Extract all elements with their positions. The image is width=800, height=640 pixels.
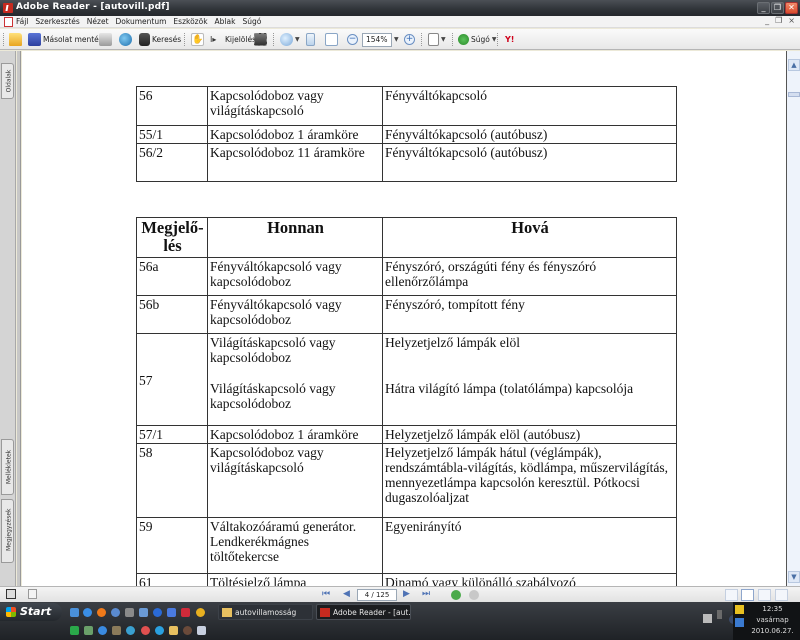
app-icon[interactable] [112, 626, 121, 635]
table-row: 56a Fényváltókapcsoló vagy kapcsolódoboz… [137, 258, 677, 296]
table-header-row: Megjelő-lés Honnan Hová [137, 218, 677, 258]
table-row: 58 Kapcsolódoboz vagy világításkapcsoló … [137, 444, 677, 518]
table-row: 59 Váltakozóáramú generátor. Lendkerékmá… [137, 518, 677, 574]
document-icon[interactable] [4, 17, 13, 27]
help-icon [458, 34, 469, 45]
gmail-icon[interactable] [181, 608, 190, 617]
save-copy-label: Másolat mentése [43, 35, 107, 44]
app-icon[interactable] [141, 626, 150, 635]
select-label: Kijelölés [225, 35, 256, 44]
app-icon[interactable] [126, 626, 135, 635]
folder-icon[interactable] [169, 626, 178, 635]
zoom-dropdown-icon[interactable]: ▼ [394, 36, 399, 43]
app-icon[interactable] [125, 608, 134, 617]
clock-date: 2010.06.27. [733, 626, 800, 637]
table-row: 55/1 Kapcsolódoboz 1 áramköre Fényváltók… [137, 126, 677, 144]
go-back-icon[interactable] [451, 590, 461, 600]
table-row: 61 Töltésjelző lámpa Dinamó vagy különál… [137, 574, 677, 587]
menu-document[interactable]: Dokumentum [116, 17, 167, 26]
adobe-reader-icon [320, 608, 330, 617]
scroll-up-arrow[interactable]: ▲ [788, 59, 800, 71]
app-icon[interactable] [84, 626, 93, 635]
menu-view[interactable]: Nézet [87, 17, 109, 26]
start-button[interactable]: Start [0, 603, 62, 621]
app-icon[interactable] [98, 626, 107, 635]
next-page-button[interactable]: ▶ [403, 589, 410, 599]
calculator-icon[interactable] [197, 626, 206, 635]
tab-pages[interactable]: Oldalak [1, 63, 14, 99]
menu-window[interactable]: Ablak [215, 17, 236, 26]
taskbar-button-folder[interactable]: autovillamosság [218, 604, 313, 620]
facing-view-button[interactable] [758, 589, 771, 601]
restore-button[interactable]: ❐ [771, 2, 784, 14]
firefox-icon[interactable] [97, 608, 106, 617]
single-page-view-button[interactable] [725, 589, 738, 601]
pages-icon [428, 33, 439, 46]
header-to: Hová [383, 218, 677, 258]
skype-icon[interactable] [155, 626, 164, 635]
continuous-facing-view-button[interactable] [775, 589, 788, 601]
network-icon[interactable] [735, 618, 744, 627]
system-clock[interactable]: 12:35 vasárnap 2010.06.27. [733, 602, 800, 640]
page-display-button[interactable]: ▼ [428, 32, 446, 47]
network-tray-icon[interactable] [717, 610, 722, 619]
fit-page-icon[interactable] [306, 33, 315, 46]
save-icon[interactable] [167, 608, 176, 617]
menu-tools[interactable]: Eszközök [173, 17, 207, 26]
yahoo-toolbar-button[interactable]: Y! [505, 35, 514, 44]
text-select-icon [210, 33, 223, 46]
page-icon[interactable] [28, 589, 37, 599]
zoom-level-input[interactable]: 154% [362, 33, 392, 47]
doc-close-button[interactable]: × [788, 16, 795, 25]
internet-explorer-icon[interactable] [83, 608, 92, 617]
save-copy-button[interactable]: Másolat mentése [28, 32, 107, 47]
zoom-in-plus-icon[interactable]: + [404, 34, 415, 45]
save-icon [28, 33, 41, 46]
vertical-scrollbar[interactable]: ▲ ▼ [786, 51, 800, 586]
tab-attachments[interactable]: Mellékletek [1, 439, 14, 495]
table-row: 56b Fényváltókapcsoló vagy kapcsolódoboz… [137, 296, 677, 334]
app-icon[interactable] [153, 608, 162, 617]
table-row: 56/2 Kapcsolódoboz 11 áramköre Fényváltó… [137, 144, 677, 182]
quicklaunch-icon[interactable] [70, 608, 79, 617]
menu-edit[interactable]: Szerkesztés [35, 17, 79, 26]
first-page-button[interactable]: ⏮ [322, 589, 330, 599]
app-icon[interactable] [70, 626, 79, 635]
app-icon[interactable] [183, 626, 192, 635]
minimize-button[interactable]: _ [757, 2, 770, 14]
scroll-down-arrow[interactable]: ▼ [788, 571, 800, 583]
status-bar: ⏮ ◀ 4 / 125 ▶ ⏭ [0, 586, 800, 602]
header-code: Megjelő-lés [137, 218, 208, 258]
connection-table-2: Megjelő-lés Honnan Hová 56a Fényváltókap… [136, 217, 677, 586]
taskbar: Start autovillamosság Adobe Reader - [au… [0, 602, 800, 640]
zoom-out-icon[interactable]: − [347, 34, 358, 45]
menu-file[interactable]: Fájl [16, 17, 28, 26]
chevron-down-icon: ▼ [295, 36, 300, 43]
binoculars-icon [139, 33, 150, 46]
menu-bar: Fájl Szerkesztés Nézet Dokumentum Eszköz… [0, 16, 800, 28]
table-row: 57 Világításkapcsoló vagy kapcsolódoboz … [137, 334, 677, 426]
panel-splitter[interactable] [17, 51, 21, 586]
close-button[interactable]: ✕ [785, 2, 798, 14]
zoom-tool-button[interactable]: ▼ [280, 32, 300, 47]
chevron-down-icon: ▼ [441, 36, 446, 43]
adobe-reader-icon [3, 3, 13, 13]
zoom-in-icon [280, 33, 293, 46]
hand-icon[interactable] [191, 33, 204, 46]
email-icon[interactable] [119, 33, 132, 46]
camera-icon[interactable] [254, 33, 267, 46]
taskbar-button-adobe-reader[interactable]: Adobe Reader - [aut... [316, 604, 411, 620]
search-label: Keresés [152, 35, 181, 44]
title-bar: Adobe Reader - [autovill.pdf] _ ❐ ✕ [0, 0, 800, 16]
doc-restore-button[interactable]: ❐ [775, 16, 782, 25]
doc-minimize-button[interactable]: _ [765, 16, 769, 25]
previous-page-button[interactable]: ◀ [343, 589, 350, 599]
continuous-view-button[interactable] [741, 589, 754, 601]
help-button[interactable]: Súgó ▼ [458, 32, 497, 47]
tab-comments[interactable]: Megjegyzések [1, 499, 14, 563]
chevron-down-icon: ▼ [492, 36, 497, 43]
screen-icon[interactable] [6, 589, 16, 599]
scroll-thumb[interactable] [788, 92, 800, 97]
search-button[interactable]: Keresés [139, 32, 181, 47]
go-forward-icon[interactable] [469, 590, 479, 600]
select-tool-button[interactable]: Kijelölés [210, 32, 256, 47]
table-row: 56 Kapcsolódoboz vagy világításkapcsoló … [137, 87, 677, 126]
app-icon[interactable] [196, 608, 205, 617]
fit-width-icon[interactable] [325, 33, 338, 46]
windows-logo-icon [6, 607, 16, 617]
folder-open-icon[interactable] [9, 33, 22, 46]
table-row: 57/1 Kapcsolódoboz 1 áramköre Helyzetjel… [137, 426, 677, 444]
window-title: Adobe Reader - [autovill.pdf] [16, 2, 170, 12]
printer-icon[interactable] [99, 33, 112, 46]
menu-help[interactable]: Súgó [242, 17, 261, 26]
warning-icon[interactable] [735, 605, 744, 614]
header-from: Honnan [208, 218, 383, 258]
toolbar: Másolat mentése Keresés Kijelölés ▼ − 15… [0, 29, 800, 50]
explorer-icon[interactable] [139, 608, 148, 617]
help-tray-icon[interactable] [703, 614, 712, 623]
document-view[interactable]: 56 Kapcsolódoboz vagy világításkapcsoló … [22, 51, 786, 586]
page-number-input[interactable]: 4 / 125 [357, 589, 397, 601]
last-page-button[interactable]: ⏭ [422, 589, 430, 599]
connection-table-1: 56 Kapcsolódoboz vagy világításkapcsoló … [136, 86, 677, 182]
media-icon[interactable] [111, 608, 120, 617]
folder-icon [222, 608, 232, 617]
help-label: Súgó [471, 35, 490, 44]
navigation-panel: Oldalak Mellékletek Megjegyzések [0, 51, 16, 586]
